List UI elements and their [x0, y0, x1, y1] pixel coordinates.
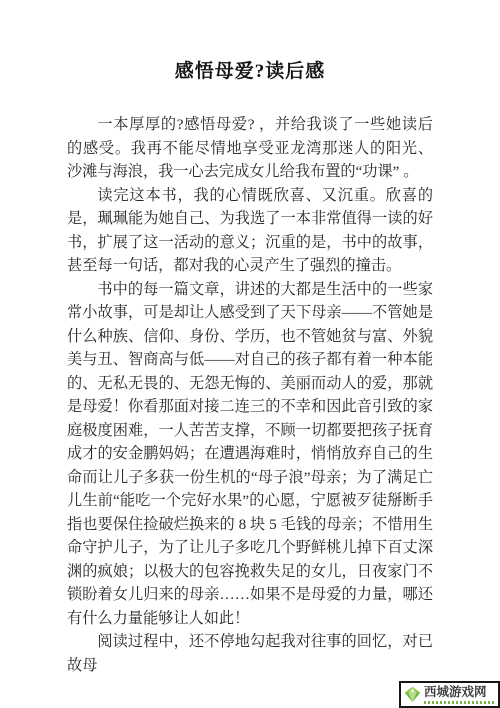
watermark-site-name: 西城游戏网 [424, 686, 496, 699]
document-page: 感悟母爱?读后感 一本厚厚的?感悟母爱? ，并给我谈了一些她读后的感受。我再不能… [0, 0, 500, 708]
site-watermark: 西城游戏网 [399, 681, 500, 708]
paragraph-1: 一本厚厚的?感悟母爱? ，并给我谈了一些她读后的感受。我再不能尽情地享受亚龙湾那… [67, 113, 433, 184]
document-body: 一本厚厚的?感悟母爱? ，并给我谈了一些她读后的感受。我再不能尽情地享受亚龙湾那… [67, 113, 433, 677]
gem-logo-icon [404, 686, 421, 703]
paragraph-4: 阅读过程中，还不停地勾起我对往事的回忆，对已故母 [67, 630, 433, 677]
paragraph-3: 书中的每一篇文章，讲述的大都是生活中的一些家常小故事，可是却让人感受到了天下母亲… [67, 278, 433, 631]
document-title: 感悟母爱?读后感 [0, 0, 500, 83]
watermark-text-block: 西城游戏网 [424, 686, 496, 704]
paragraph-2: 读完这本书，我的心情既欣喜、又沉重。欣喜的是，珮珮能为她自己、为我选了一本非常值… [67, 184, 433, 278]
watermark-tagline-bar [424, 701, 496, 704]
